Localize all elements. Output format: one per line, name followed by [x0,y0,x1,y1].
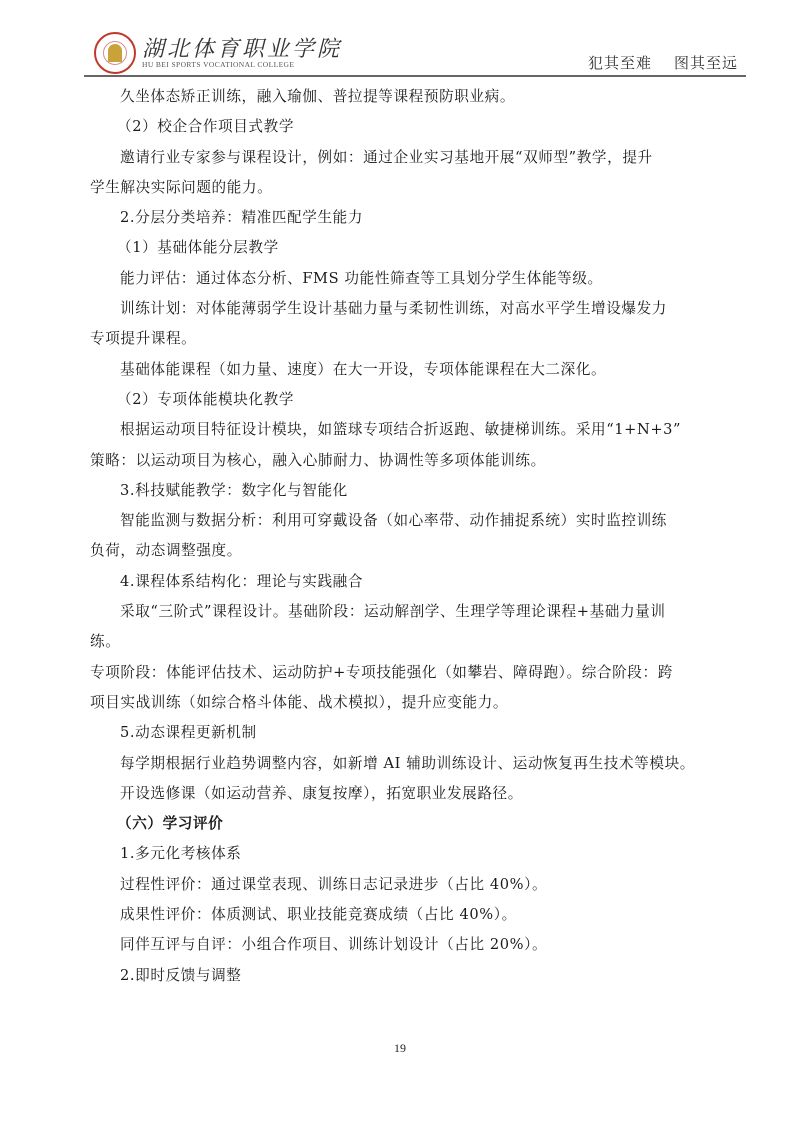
paragraph-line: 能力评估：通过体态分析、FMS 功能性筛查等工具划分学生体能等级。 [90,264,735,294]
header-divider [84,75,746,77]
paragraph-line: 项目实战训练（如综合格斗体能、战术模拟），提升应变能力。 [90,688,735,718]
college-emblem-icon [94,32,136,74]
subsection-heading: （2）专项体能模块化教学 [90,385,735,415]
motto-left: 犯其至难 [588,54,652,72]
subsection-heading: （2）校企合作项目式教学 [90,112,735,142]
paragraph-line: 成果性评价：体质测试、职业技能竞赛成绩（占比 40%）。 [90,900,735,930]
paragraph-line: 基础体能课程（如力量、速度）在大一开设，专项体能课程在大二深化。 [90,355,735,385]
page-number: 19 [0,1041,800,1056]
chapter-heading: （六）学习评价 [90,809,735,839]
paragraph-line: 开设选修课（如运动营养、康复按摩），拓宽职业发展路径。 [90,779,735,809]
paragraph-line: 负荷，动态调整强度。 [90,536,735,566]
paragraph-line: 策略：以运动项目为核心，融入心肺耐力、协调性等多项体能训练。 [90,446,735,476]
college-name-english: HU BEI SPORTS VOCATIONAL COLLEGE [142,60,294,69]
section-heading: 5.动态课程更新机制 [90,718,735,748]
motto-right: 图其至远 [674,54,738,72]
paragraph-line: 邀请行业专家参与课程设计，例如：通过企业实习基地开展“双师型”教学，提升 [90,143,735,173]
subsection-heading: （1）基础体能分层教学 [90,233,735,263]
paragraph-line: 采取“三阶式”课程设计。基础阶段：运动解剖学、生理学等理论课程+基础力量训 [90,597,735,627]
paragraph-line: 过程性评价：通过课堂表现、训练日志记录进步（占比 40%）。 [90,870,735,900]
paragraph-line: 每学期根据行业趋势调整内容，如新增 AI 辅助训练设计、运动恢复再生技术等模块。 [90,749,735,779]
section-heading: 1.多元化考核体系 [90,839,735,869]
document-body: 久坐体态矫正训练，融入瑜伽、普拉提等课程预防职业病。 （2）校企合作项目式教学 … [90,82,735,991]
paragraph-line: 专项阶段：体能评估技术、运动防护+专项技能强化（如攀岩、障碍跑）。综合阶段：跨 [90,658,735,688]
paragraph-line: 学生解决实际问题的能力。 [90,173,735,203]
college-motto: 犯其至难图其至远 [588,52,738,73]
paragraph-line: 久坐体态矫正训练，融入瑜伽、普拉提等课程预防职业病。 [90,82,735,112]
section-heading: 4.课程体系结构化：理论与实践融合 [90,567,735,597]
paragraph-line: 训练计划：对体能薄弱学生设计基础力量与柔韧性训练，对高水平学生增设爆发力 [90,294,735,324]
paragraph-line: 根据运动项目特征设计模块，如篮球专项结合折返跑、敏捷梯训练。采用“1+N+3” [90,415,735,445]
paragraph-line: 练。 [90,627,735,657]
college-name: 湖北体育职业学院 [142,32,342,63]
paragraph-line: 专项提升课程。 [90,324,735,354]
page-header: 湖北体育职业学院 HU BEI SPORTS VOCATIONAL COLLEG… [84,30,746,76]
section-heading: 2.即时反馈与调整 [90,961,735,991]
paragraph-line: 智能监测与数据分析：利用可穿戴设备（如心率带、动作捕捉系统）实时监控训练 [90,506,735,536]
section-heading: 2.分层分类培养：精准匹配学生能力 [90,203,735,233]
paragraph-line: 同伴互评与自评：小组合作项目、训练计划设计（占比 20%）。 [90,930,735,960]
section-heading: 3.科技赋能教学：数字化与智能化 [90,476,735,506]
